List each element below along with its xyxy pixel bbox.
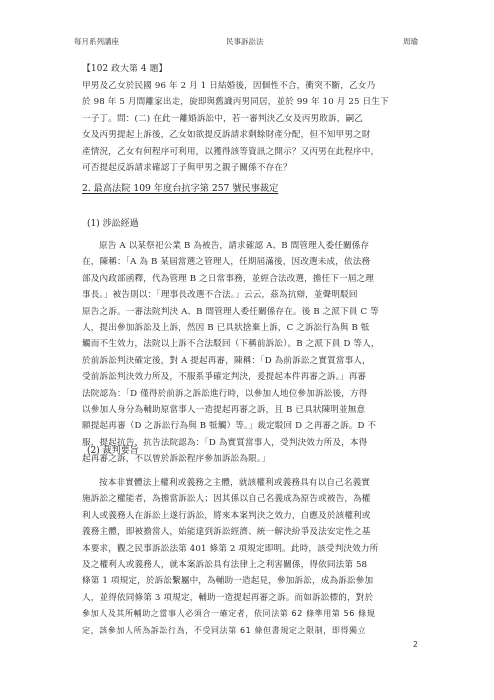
paragraph-line: 參加人及其所輔助之當事人必須合一確定者，依同法第 62 條準用第 56 條規: [82, 606, 418, 622]
paragraph-line: 人，提出參加訴訟及上訴，然因 B 已具狀捨棄上訴，C 之訴訟行為與 B 牴: [82, 320, 418, 336]
paragraph-line: 在，陳稱：「A 為 B 某屆當選之管理人，任期屆滿後，因改選未成，依法務: [82, 254, 418, 270]
page-number: 2: [413, 640, 418, 649]
paragraph-line: 法院認為：「D 僅得於前訴之訴訟進行時，以參加人地位參加訴訟後，方得: [82, 386, 418, 402]
paragraph-line: 事長。」被告則以：「理事長改選不合法。」云云，茲為抗辯，並聲明駁回: [82, 287, 418, 303]
paragraph-line: 部及內政部函釋，代為管理 B 之日常事務，並經合法改選，擔任下一屆之理: [82, 271, 418, 287]
question-line: 於 98 年 5 月間離家出走，旋即與舊識丙男同居，並於 99 年 10 月 2…: [82, 94, 418, 110]
question-line: 可否提起反訴請求確認丁子與甲男之親子關係不存在？: [82, 160, 418, 176]
paragraph-line: 原告之訴。一審法院判決 A、B 間管理人委任關係存在。後 B 之派下員 C 等: [82, 304, 418, 320]
paragraph-line: 以參加人身分為輔助原當事人一造提起再審之訴，且 B 已具狀陳明並無意: [82, 402, 418, 418]
paragraph-line: 定，該參加人所為訴訟行為，不受同法第 61 條但書規定之限制，即得獨立: [82, 623, 418, 639]
subsection-title-background: (1) 涉訟經過: [87, 216, 139, 229]
paragraph-line: 人，並得依同條第 3 項規定，輔助一造提起再審之訴。而如訴訟標的，對於: [82, 590, 418, 606]
question-line: 一子丁。問：(二) 在此一離婚訴訟中，若一審判決乙女及丙男敗訴，嗣乙: [82, 111, 418, 127]
paragraph-line: 利人或義務人在訴訟上遂行訴訟，將來本案判決之效力，自應及於該權利或: [82, 508, 418, 524]
section-title: 2. 最高法院 109 年度台抗字第 257 號民事裁定: [82, 180, 278, 194]
subsection-title-holding: (2) 裁判要旨: [87, 443, 139, 456]
paragraph-line: 及之權利人或義務人，就本案訴訟具有法律上之利害關係，得依同法第 58: [82, 557, 418, 573]
paragraph-line: 願提起再審（D 之訴訟行為與 B 牴觸）等。」裁定駁回 D 之再審之訴。D 不: [82, 418, 418, 434]
paragraph-line: 受前訴訟判決效力所及，不服系爭確定判決，爰提起本件再審之訴。」再審: [82, 369, 418, 385]
paragraph-line: 義務主體，即被擔當人，始能達到訴訟經濟、統一解決紛爭及法安定性之基: [82, 524, 418, 540]
question-body: 甲男及乙女於民國 96 年 2 月 1 日結婚後，因個性不合，衝突不斷，乙女乃 …: [82, 78, 418, 176]
paragraph-line: 於前訴訟判決確定後，對 A 提起再審，陳稱：「D 為前訴訟之實質當事人，: [82, 353, 418, 369]
question-title: 【102 政大第 4 題】: [82, 61, 418, 77]
header-author: 周瑜: [403, 36, 418, 47]
question-line: 產情況，乙女有何程序可利用，以獲得該等資訊之開示？又丙男在此程序中，: [82, 144, 418, 160]
paragraph-line: 按本非實體法上權利或義務之主體，就該權利或義務具有以自己名義實: [82, 475, 418, 491]
background-paragraph: 原告 A 以某祭祀公業 B 為被告，請求確認 A、B 間管理人委任關係存 在，陳…: [82, 238, 418, 468]
holding-paragraph: 按本非實體法上權利或義務之主體，就該權利或義務具有以自己名義實 施訴訟之權能者，…: [82, 475, 418, 639]
page-header: 每月系列講座 民事訴訟法 周瑜: [0, 36, 494, 50]
header-series: 每月系列講座: [74, 36, 119, 47]
header-subject: 民事訴訟法: [226, 36, 264, 47]
paragraph-line: 本要求，觀之民事訴訟法第 401 條第 2 項規定即明。此時，該受判決效力所: [82, 541, 418, 557]
paragraph-line: 觸而不生效力，法院以上訴不合法駁回（下稱前訴訟）。B 之派下員 D 等人，: [82, 336, 418, 352]
paragraph-line: 條第 1 項規定，於訴訟繫屬中，為輔助一造起見，參加訴訟，成為訴訟參加: [82, 573, 418, 589]
paragraph-line: 施訴訟之權能者，為擔當訴訟人；因其係以自己名義成為原告或被告，為權: [82, 491, 418, 507]
question-line: 甲男及乙女於民國 96 年 2 月 1 日結婚後，因個性不合，衝突不斷，乙女乃: [82, 78, 418, 94]
question-line: 女及丙男提起上訴後，乙女如欲提反訴請求剩餘財產分配，但不知甲男之財: [82, 127, 418, 143]
paragraph-line: 原告 A 以某祭祀公業 B 為被告，請求確認 A、B 間管理人委任關係存: [82, 238, 418, 254]
